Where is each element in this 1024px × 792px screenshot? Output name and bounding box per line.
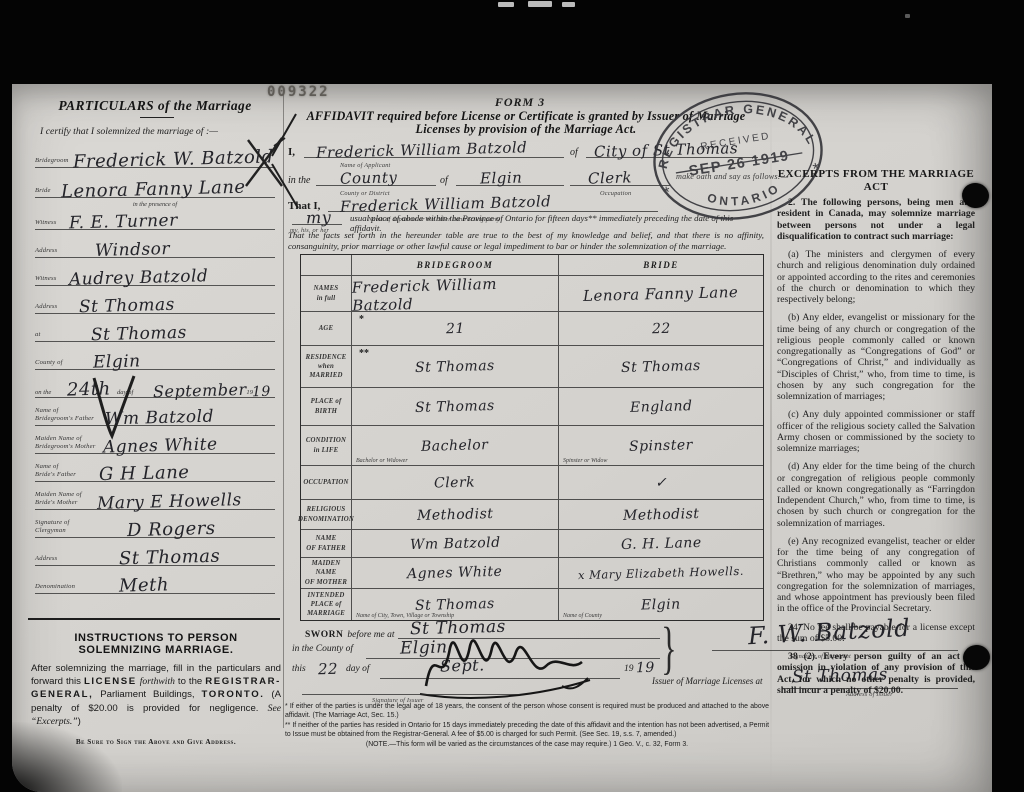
field-label: Witness: [35, 219, 57, 228]
row-label: OCCUPATION: [301, 465, 351, 499]
cell-value: Agnes White: [407, 564, 503, 582]
field-witness-2: Witness Audrey Batzold: [35, 262, 275, 292]
cell-value: England: [630, 398, 693, 416]
field-at: at St Thomas: [35, 318, 275, 348]
film-edge-mark: [905, 14, 910, 18]
bride-condition-cell: SpinsterSpinster or Widow: [558, 425, 763, 465]
field-address-2: Address St Thomas: [35, 290, 275, 320]
year-handwritten: 19: [636, 660, 655, 676]
year-printed: 19: [624, 664, 634, 674]
field-label: Name of Bride's Father: [35, 463, 76, 480]
excerpt-paragraph: (a) The ministers and clergymen of every…: [777, 249, 975, 305]
row-label: RESIDENCE when MARRIED: [301, 345, 351, 387]
cell-value: G. H. Lane: [620, 534, 701, 552]
checkmark-value: ✓: [655, 474, 668, 490]
field-label: Bride: [35, 187, 51, 196]
field-denomination: Denomination Meth: [35, 570, 275, 600]
on-the-label: on the: [35, 389, 51, 396]
field-bridegroom: Bridegroom Frederick W. Batzold: [35, 144, 275, 174]
excerpts-body: 2. The following persons, being men and …: [777, 197, 975, 703]
field-bride-father: Name of Bride's Father G H Lane: [35, 458, 275, 488]
bride-denomination-cell: Methodist: [558, 499, 763, 529]
field-value-handwritten: F. E. Turner: [69, 211, 178, 234]
field-label: Address: [35, 555, 57, 564]
excerpt-paragraph: 2. The following persons, being men and …: [777, 197, 975, 242]
cell-value: x Mary Elizabeth Howells.: [578, 564, 744, 582]
field-clergyman-address: Address St Thomas: [35, 542, 275, 572]
applicant-name-handwritten: Frederick William Batzold: [316, 138, 528, 162]
field-value-handwritten: Windsor: [95, 239, 171, 261]
groom-residence-cell: **St Thomas: [351, 345, 558, 387]
row-label: RELIGIOUS DENOMINATION: [301, 499, 351, 529]
cell-value: St Thomas: [415, 357, 495, 375]
cell-value: Spinster: [629, 437, 693, 455]
sworn-line-1: SWORN before me at: [305, 624, 395, 642]
instructions-footer: Be Sure to Sign the Above and Give Addre…: [32, 738, 280, 746]
film-edge-mark: [562, 2, 575, 7]
field-value-handwritten: Wm Batzold: [105, 407, 214, 430]
day-of-label: day of: [346, 664, 369, 674]
cell-value: St Thomas: [415, 595, 495, 613]
field-value-handwritten: St Thomas: [91, 323, 187, 346]
excerpt-paragraph: 24. No fee shall be payable for a licens…: [777, 622, 975, 645]
excerpt-paragraph: (b) Any elder, evangelist or missionary …: [777, 312, 975, 402]
cell-sublabel: Name of County: [563, 613, 602, 619]
cell-value: St Thomas: [415, 397, 495, 415]
field-label: Denomination: [35, 583, 75, 592]
bride-names-cell: Lenora Fanny Lane: [558, 275, 763, 311]
film-corner-shadow: [12, 722, 122, 792]
groom-father-cell: Wm Batzold: [351, 529, 558, 557]
column-header-bride: BRIDE: [558, 255, 763, 275]
facts-paragraph: That the facts set forth in the hereunde…: [288, 230, 764, 252]
bride-mother-cell: x Mary Elizabeth Howells.: [558, 557, 763, 588]
field-groom-father: Name of Bridegroom's Father Wm Batzold: [35, 402, 275, 432]
field-groom-mother: Maiden Name of Bridegroom's Mother Agnes…: [35, 430, 275, 460]
cell-value: Methodist: [623, 506, 700, 524]
row-label: NAME OF FATHER: [301, 529, 351, 557]
field-label: Witness: [35, 275, 57, 284]
groom-denomination-cell: Methodist: [351, 499, 558, 529]
bride-occupation-cell: ✓: [558, 465, 763, 499]
year-handwritten: 19: [252, 384, 271, 400]
in-county-of-label: in the County of: [292, 644, 353, 654]
film-edge-mark: [528, 1, 552, 7]
field-label: Address: [35, 247, 57, 256]
field-value-handwritten: St Thomas: [119, 546, 221, 570]
county-name-handwritten: Elgin: [480, 168, 523, 187]
groom-age-cell: *21: [351, 311, 558, 345]
footnotes: * If either of the parties is under the …: [285, 702, 769, 751]
bride-age-cell: 22: [558, 311, 763, 345]
cell-value: Elgin: [641, 596, 681, 613]
district-handwritten: County: [340, 168, 398, 187]
field-value-handwritten: Elgin: [93, 351, 141, 372]
cell-value: 22: [651, 320, 670, 336]
cell-value: Clerk: [434, 474, 476, 491]
cell-sublabel: Spinster or Widow: [563, 458, 607, 464]
film-edge-mark: [498, 2, 514, 7]
blank-line: [292, 224, 342, 225]
field-value-handwritten: G H Lane: [99, 462, 190, 485]
closing-brace: }: [661, 614, 676, 681]
title-rule: [140, 117, 174, 118]
printed-of: of: [440, 175, 448, 186]
month-handwritten: September: [153, 380, 247, 401]
asterisk-mark: *: [359, 314, 364, 325]
occupation-handwritten: Clerk: [588, 168, 632, 187]
field-label: Maiden Name of Bridegroom's Mother: [35, 435, 95, 452]
field-bride-mother: Maiden Name of Bride's Mother Mary E How…: [35, 486, 275, 516]
instructions-text: ): [78, 716, 81, 727]
certify-line: I certify that I solemnized the marriage…: [40, 126, 272, 137]
field-label: Signature of Clergyman: [35, 519, 70, 536]
field-value-handwritten: St Thomas: [79, 295, 175, 318]
field-marriage-date: on the 24th day of September 19 19: [35, 374, 275, 404]
section-divider: [28, 618, 280, 620]
field-label: County of: [35, 359, 63, 368]
cell-value: Bachelor: [421, 437, 489, 455]
footnote-2: ** If neither of the parties has resided…: [285, 721, 769, 739]
groom-condition-cell: BachelorBachelor or Widower: [351, 425, 558, 465]
row-label: CONDITION in LIFE: [301, 425, 351, 465]
particulars-title: PARTICULARS of the Marriage: [38, 98, 272, 114]
instructions-text: Parliament Buildings,: [93, 689, 201, 700]
field-value-handwritten: Mary E Howells: [97, 490, 242, 514]
column-header-bridegroom: BRIDEGROOM: [351, 255, 558, 275]
cell-value: Methodist: [417, 506, 494, 524]
row-label: AGE: [301, 311, 351, 345]
cell-value: Wm Batzold: [409, 534, 500, 552]
instructions-text: LICENSE: [84, 676, 137, 687]
field-clergyman-signature: Signature of Clergyman D Rogers: [35, 514, 275, 544]
issuer-of-licenses-label: Issuer of Marriage Licenses at: [652, 676, 763, 686]
groom-occupation-cell: Clerk: [351, 465, 558, 499]
cell-value: Frederick William Batzold: [352, 273, 559, 314]
cell-value: Lenora Fanny Lane: [583, 282, 739, 304]
row-label: PLACE of BIRTH: [301, 387, 351, 425]
field-label: Maiden Name of Bride's Mother: [35, 491, 82, 508]
before-me-at-label: before me at: [347, 630, 394, 640]
excerpt-paragraph: (e) Any recognized evangelist, teacher o…: [777, 536, 975, 615]
field-label: Bridegroom: [35, 157, 69, 166]
cell-sublabel: Bachelor or Widower: [356, 458, 408, 464]
field-value-handwritten: Audrey Batzold: [69, 266, 209, 290]
intended-place-cell: St ThomasName of City, Town, Village or …: [351, 588, 558, 620]
sworn-day-handwritten: 22: [318, 660, 339, 679]
field-value-handwritten: Agnes White: [103, 435, 218, 458]
field-value-handwritten: Lenora Fanny Lane: [61, 177, 246, 203]
excerpts-title-line2: ACT: [776, 181, 976, 193]
field-label: at: [35, 331, 41, 340]
blank-line: [302, 694, 520, 695]
excerpts-title-line1: EXCERPTS FROM THE MARRIAGE: [776, 168, 976, 180]
instructions-text: to the: [175, 676, 205, 687]
footnote-1: * If either of the parties is under the …: [285, 702, 769, 720]
instructions-text: TORONTO.: [201, 689, 264, 700]
instructions-body: After solemnizing the marriage, fill in …: [31, 662, 281, 728]
groom-mother-cell: Agnes White: [351, 557, 558, 588]
field-witness-1: Witness F. E. Turner: [35, 206, 275, 236]
table-corner-cell: [301, 255, 351, 275]
sworn-label: SWORN: [305, 630, 343, 640]
bride-father-cell: G. H. Lane: [558, 529, 763, 557]
field-label: Name of Bridegroom's Father: [35, 407, 94, 424]
footnote-3: (NOTE.—This form will be varied as the c…: [285, 740, 769, 749]
issuer-signature: [412, 626, 602, 702]
stamp-received-text: RECEIVED: [700, 131, 772, 153]
asterisk-mark: **: [359, 348, 369, 359]
excerpt-paragraph: (d) Any elder for the time being of the …: [777, 461, 975, 529]
field-address-1: Address Windsor: [35, 234, 275, 264]
field-value-handwritten: D Rogers: [127, 518, 216, 541]
instructions-text: forthwith: [140, 676, 175, 687]
this-label: this: [292, 664, 306, 674]
serial-number-stamp: 009322: [267, 84, 330, 100]
row-label: NAMES in full: [301, 275, 351, 311]
field-county: County of Elgin: [35, 346, 275, 376]
microfilm-scan: PARTICULARS of the Marriage I certify th…: [0, 0, 1024, 792]
field-value-handwritten: Meth: [119, 574, 169, 596]
groom-birthplace-cell: St Thomas: [351, 387, 558, 425]
printed-of: of: [570, 147, 578, 158]
bride-birthplace-cell: England: [558, 387, 763, 425]
instructions-title: INSTRUCTIONS TO PERSON SOLEMNIZING MARRI…: [32, 632, 280, 656]
bride-residence-cell: St Thomas: [558, 345, 763, 387]
field-label: Address: [35, 303, 57, 312]
groom-names-cell: Frederick William Batzold: [351, 275, 558, 311]
cell-value: St Thomas: [621, 357, 701, 375]
stamp-star-left: *: [663, 184, 672, 202]
excerpt-paragraph: (c) Any duly appointed commissioner or s…: [777, 409, 975, 454]
printed-i: I,: [288, 146, 295, 158]
stamp-arc-bottom-text: ONTARIO: [704, 179, 785, 213]
excerpt-paragraph: 38 (2). Every person guilty of an act or…: [777, 651, 975, 696]
svg-text:ONTARIO: ONTARIO: [704, 179, 785, 213]
cell-value: 21: [445, 320, 464, 336]
printed-in-the: in the: [288, 175, 311, 186]
row-label: MAIDEN NAME OF MOTHER: [301, 557, 351, 588]
bridegroom-bride-table: BRIDEGROOM BRIDE NAMES in full Frederick…: [300, 254, 764, 621]
form-number: FORM 3: [430, 95, 610, 110]
field-bride: Bride Lenora Fanny Lane in the presence …: [35, 174, 275, 204]
row-label: INTENDED PLACE of MARRIAGE: [301, 588, 351, 620]
blank-line: [35, 369, 275, 370]
